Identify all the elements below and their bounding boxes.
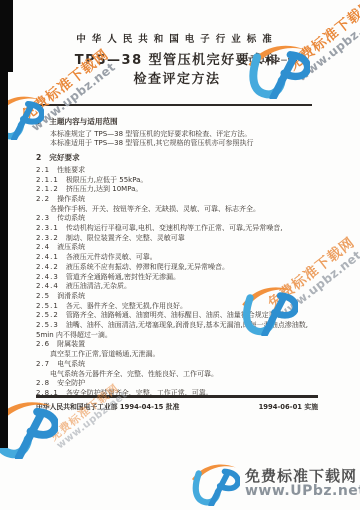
clause-2.2: 2.2操作系统 (36, 195, 322, 205)
body-line: 本标准规定了 TPS—38 型管压机的完好要求和检查、评定方法。 (36, 130, 322, 140)
clause-text: 液压油清洁,无杂质。 (66, 282, 131, 290)
clause-text: 完好要求 (49, 153, 79, 162)
body-line: 电气系统各元器件齐全、完整、性能良好、工作可靠。 (36, 370, 322, 380)
body-line: 本标准适用于 TPS—38 型管压机,其它规格的管压机亦可参照执行 (36, 139, 322, 149)
clause-number: 2.5.1 (36, 302, 59, 310)
scanned-standard-page: 免费标准下载网 www.upbz.net 免费标准下载网 www.upbz.ne… (0, 0, 360, 510)
clause-text: 各元、器件齐全、完整无损,作用良好。 (66, 302, 187, 310)
clause-text: 液压系统 (57, 243, 85, 251)
clause-number: 2.8 (36, 379, 50, 387)
clause-number: 2.5 (36, 292, 50, 300)
clause-2: 2完好要求 (36, 153, 322, 163)
clause-2.8: 2.8安全防护 (36, 379, 322, 389)
clause-number: 2.4.1 (36, 253, 59, 261)
clause-2.1.2: 2.1.2挤压压力,达到 10MPa。 (36, 185, 322, 195)
watermark-site-name: 免费标准下载网 (245, 468, 360, 485)
clause-text: 润滑系统 (57, 292, 85, 300)
clause-number: 2.4.4 (36, 282, 59, 290)
clause-text: 管道齐全通路畅通,密封性好无渗漏。 (66, 273, 180, 281)
clause-number: 2.3.2 (36, 234, 59, 242)
upbz-logo-icon (246, 40, 310, 99)
clause-number: 2.3 (36, 214, 50, 222)
clause-number: 2 (36, 153, 42, 162)
clause-2.3.1: 2.3.1传动机构运行平稳可靠,电机、变速机构等工作正常、可靠,无异常噪音, (36, 224, 322, 234)
clause-text: 主题内容与适用范围 (49, 117, 117, 126)
clause-text: 安全防护 (57, 379, 85, 387)
clause-number: 2.1.2 (36, 185, 59, 193)
upbz-logo-icon (190, 460, 240, 506)
upbz-logo-icon (240, 282, 298, 336)
clause-number: 2.4.2 (36, 263, 59, 271)
clause-text: 传动机构运行平稳可靠,电机、变速机构等工作正常、可靠,无异常噪音, (66, 224, 283, 232)
clause-number: 2.2 (36, 195, 50, 203)
clause-text: 极限压力,应低于 55kPa。 (66, 176, 148, 184)
clause-text: 电气系统各元器件齐全、完整、性能良好、工作可靠。 (50, 370, 218, 378)
clause-number: 2.3.1 (36, 224, 59, 232)
clause-number: 2.7 (36, 360, 50, 368)
clause-2.4: 2.4液压系统 (36, 243, 322, 253)
clause-2.1: 2.1性能要求 (36, 166, 322, 176)
body-line: 各操作手柄、开关、按钮等齐全、无缺损、灵敏、可靠、标志齐全。 (36, 205, 322, 215)
clause-text: 附属装置 (57, 340, 85, 348)
clause-text: 本标准适用于 TPS—38 型管压机,其它规格的管压机亦可参照执行 (50, 139, 254, 147)
watermark-site-url: www.UPbz.net (245, 484, 360, 498)
document-footer: 中华人民共和国电子工业部 1994-04-15 批准 1994-06-01 实施 (36, 395, 318, 411)
clause-2.1.1: 2.1.1极限压力,应低于 55kPa。 (36, 176, 322, 186)
clause-text: 传动系统 (57, 214, 85, 222)
clause-2.4.1: 2.4.1各液压元件动作灵敏、可靠。 (36, 253, 322, 263)
upbz-logo-icon (0, 396, 58, 459)
clause-number: 2.4 (36, 243, 50, 251)
clause-2.4.3: 2.4.3管道齐全通路畅通,密封性好无渗漏。 (36, 273, 322, 283)
watermark-bottom-right-text: 免费标准下载网 www.UPbz.net (245, 468, 360, 499)
clause-2.7: 2.7电气系统 (36, 360, 322, 370)
footer-divider-rule (36, 395, 318, 398)
clause-text: 各操作手柄、开关、按钮等齐全、无缺损、灵敏、可靠、标志齐全。 (50, 205, 260, 213)
clause-number: 2.4.3 (36, 273, 59, 281)
clause-text: 制动、限位装置齐全、完整、灵敏可靠 (66, 234, 185, 242)
clause-number: 2.5.2 (36, 311, 59, 319)
clause-text: 挤压压力,达到 10MPa。 (66, 185, 143, 193)
document-body: 1主题内容与适用范围本标准规定了 TPS—38 型管压机的完好要求和检查、评定方… (36, 113, 322, 399)
clause-2.3.2: 2.3.2制动、限位装置齐全、完整、灵敏可靠 (36, 234, 322, 244)
clause-1: 1主题内容与适用范围 (36, 117, 322, 127)
clause-number: 2.1 (36, 166, 50, 174)
clause-number: 2.6 (36, 340, 50, 348)
footer-effective-date: 1994-06-01 实施 (259, 401, 318, 411)
clause-number: 2.1.1 (36, 176, 59, 184)
clause-text: 各液压元件动作灵敏、可靠。 (66, 253, 157, 261)
clause-number: 2.5.3 (36, 321, 59, 329)
clause-text: 5min 内不得超过一滴。 (36, 331, 112, 339)
title-divider-rule (36, 104, 312, 106)
clause-text: 真空泵工作正常,管道畅通,无泄漏。 (50, 350, 159, 358)
body-line: 真空泵工作正常,管道畅通,无泄漏。 (36, 350, 322, 360)
clause-2.3: 2.3传动系统 (36, 214, 322, 224)
clause-2.4.2: 2.4.2液压系统不应有振动、停滞和爬行现象,无异常噪音。 (36, 263, 322, 273)
watermark-bottom-right: 免费标准下载网 www.UPbz.net (190, 460, 360, 506)
scan-black-edge-corner (0, 0, 13, 72)
clause-2.6: 2.6附属装置 (36, 340, 322, 350)
clause-text: 本标准规定了 TPS—38 型管压机的完好要求和检查、评定方法。 (50, 130, 251, 138)
clause-text: 液压系统不应有振动、停滞和爬行现象,无异常噪音。 (66, 263, 229, 271)
clause-text: 性能要求 (57, 166, 85, 174)
clause-text: 电气系统 (57, 360, 85, 368)
clause-text: 操作系统 (57, 195, 85, 203)
